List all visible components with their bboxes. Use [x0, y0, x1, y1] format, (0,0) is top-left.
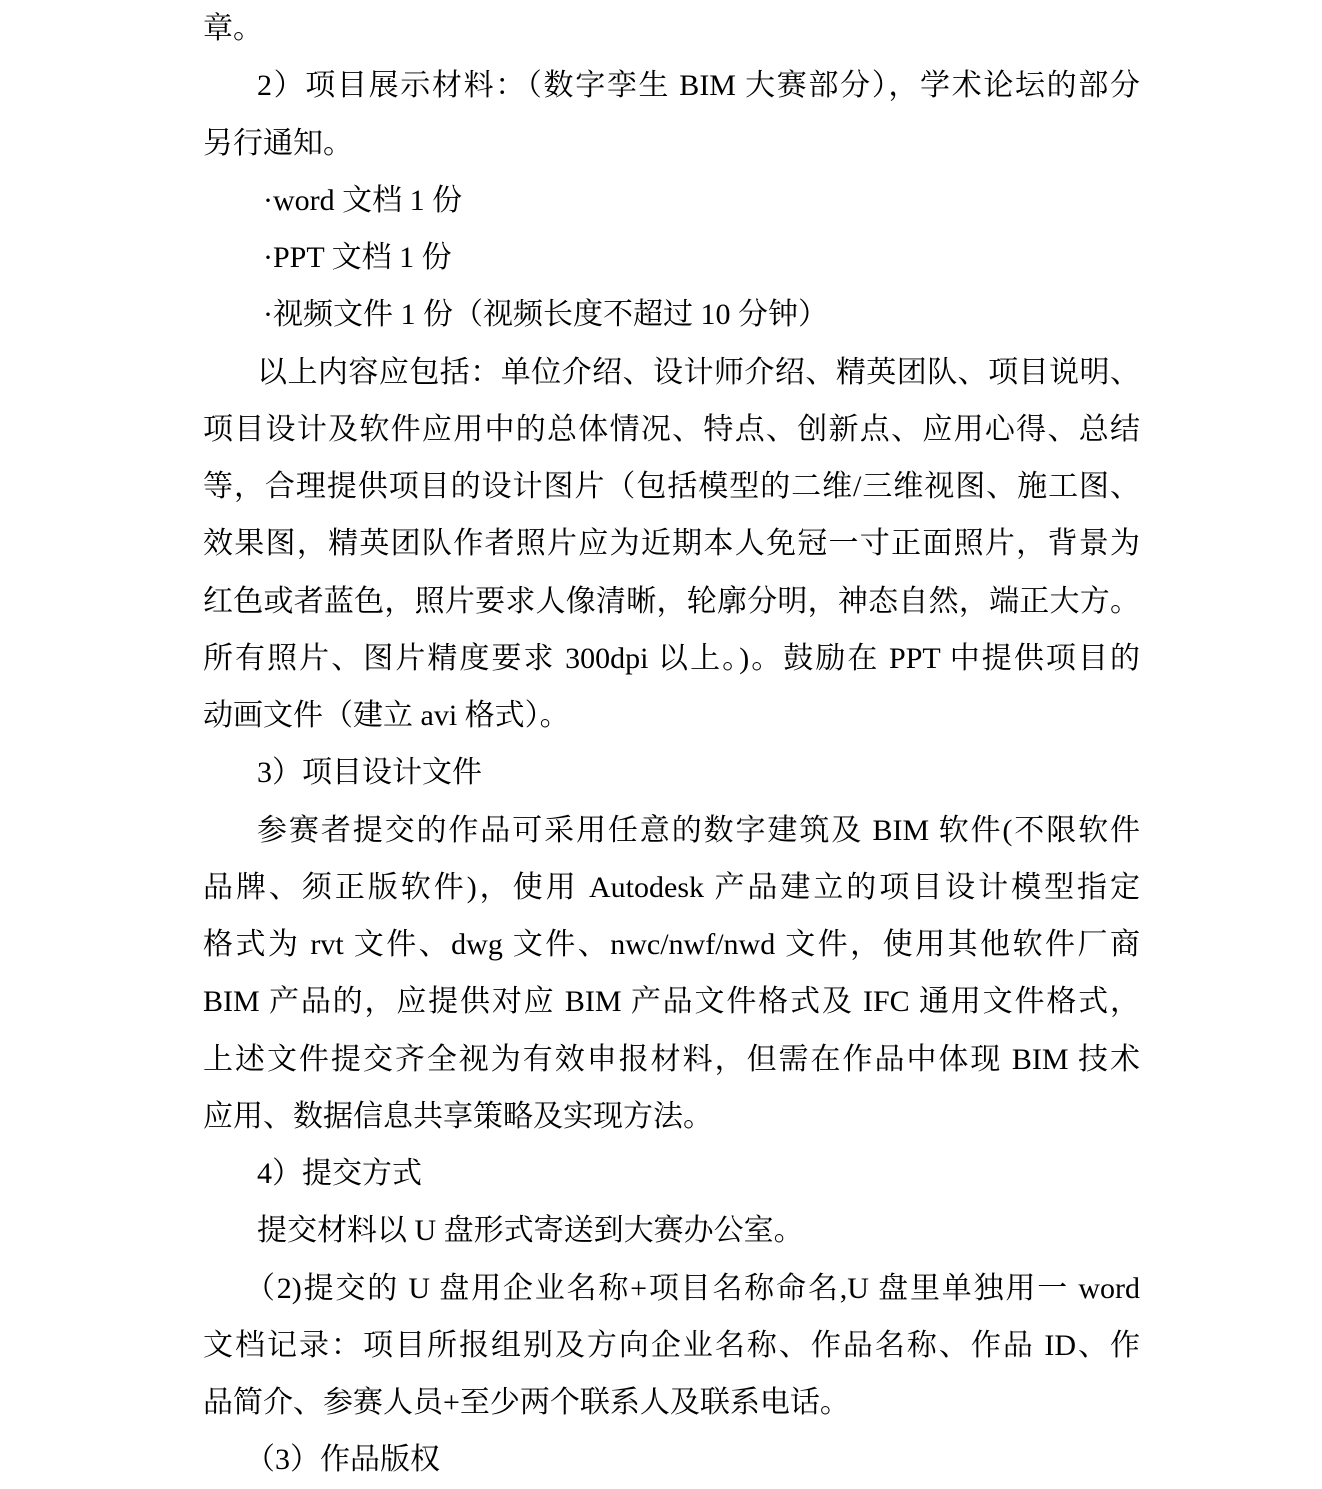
text-line-bullet-video: ·视频文件 1 份（视频长度不超过 10 分钟）: [203, 286, 1140, 343]
text-line-paragraph-end: 动画文件（建立 avi 格式）。: [203, 687, 1140, 744]
text-line: 另行通知。: [203, 115, 1140, 172]
text-line-paragraph-end: 品简介、参赛人员+至少两个联系人及联系电话。: [203, 1374, 1140, 1431]
text-line: 格式为 rvt 文件、dwg 文件、nwc/nwf/nwd 文件，使用其他软件厂…: [203, 916, 1140, 973]
text-line: 文档记录：项目所报组别及方向企业名称、作品名称、作品 ID、作: [203, 1317, 1140, 1374]
text-line-item-3-heading: 3）项目设计文件: [203, 744, 1140, 801]
document-page: 章。 2）项目展示材料：（数字孪生 BIM 大赛部分），学术论坛的部分 另行通知…: [203, 0, 1140, 1489]
text-line: 品牌、须正版软件)，使用 Autodesk 产品建立的项目设计模型指定: [203, 859, 1140, 916]
text-line: 所有照片、图片精度要求 300dpi 以上。)。鼓励在 PPT 中提供项目的: [203, 630, 1140, 687]
text-line-item-4-heading: 4）提交方式: [203, 1145, 1140, 1202]
text-line-item-3p-heading: （3）作品版权: [203, 1431, 1140, 1488]
text-line: 效果图，精英团队作者照片应为近期本人免冠一寸正面照片，背景为: [203, 515, 1140, 572]
text-line: BIM 产品的，应提供对应 BIM 产品文件格式及 IFC 通用文件格式，: [203, 973, 1140, 1030]
text-line: 红色或者蓝色，照片要求人像清晰，轮廓分明，神态自然，端正大方。: [203, 573, 1140, 630]
text-line-item-2p-heading: （2)提交的 U 盘用企业名称+项目名称命名,U 盘里单独用一 word: [203, 1260, 1140, 1317]
text-line-bullet-word: ·word 文档 1 份: [203, 172, 1140, 229]
text-line: 项目设计及软件应用中的总体情况、特点、创新点、应用心得、总结: [203, 401, 1140, 458]
text-line: 等，合理提供项目的设计图片（包括模型的二维/三维视图、施工图、: [203, 458, 1140, 515]
text-line: 以上内容应包括：单位介绍、设计师介绍、精英团队、项目说明、: [203, 344, 1140, 401]
text-line-item-2-heading: 2）项目展示材料：（数字孪生 BIM 大赛部分），学术论坛的部分: [203, 57, 1140, 114]
text-line-paragraph-end: 应用、数据信息共享策略及实现方法。: [203, 1088, 1140, 1145]
text-line-paragraph-end: 章。: [203, 0, 1140, 57]
text-line: 上述文件提交齐全视为有效申报材料，但需在作品中体现 BIM 技术: [203, 1031, 1140, 1088]
text-line: 参赛者提交的作品可采用任意的数字建筑及 BIM 软件(不限软件: [203, 802, 1140, 859]
text-line: 提交材料以 U 盘形式寄送到大赛办公室。: [203, 1202, 1140, 1259]
text-line-bullet-ppt: ·PPT 文档 1 份: [203, 229, 1140, 286]
